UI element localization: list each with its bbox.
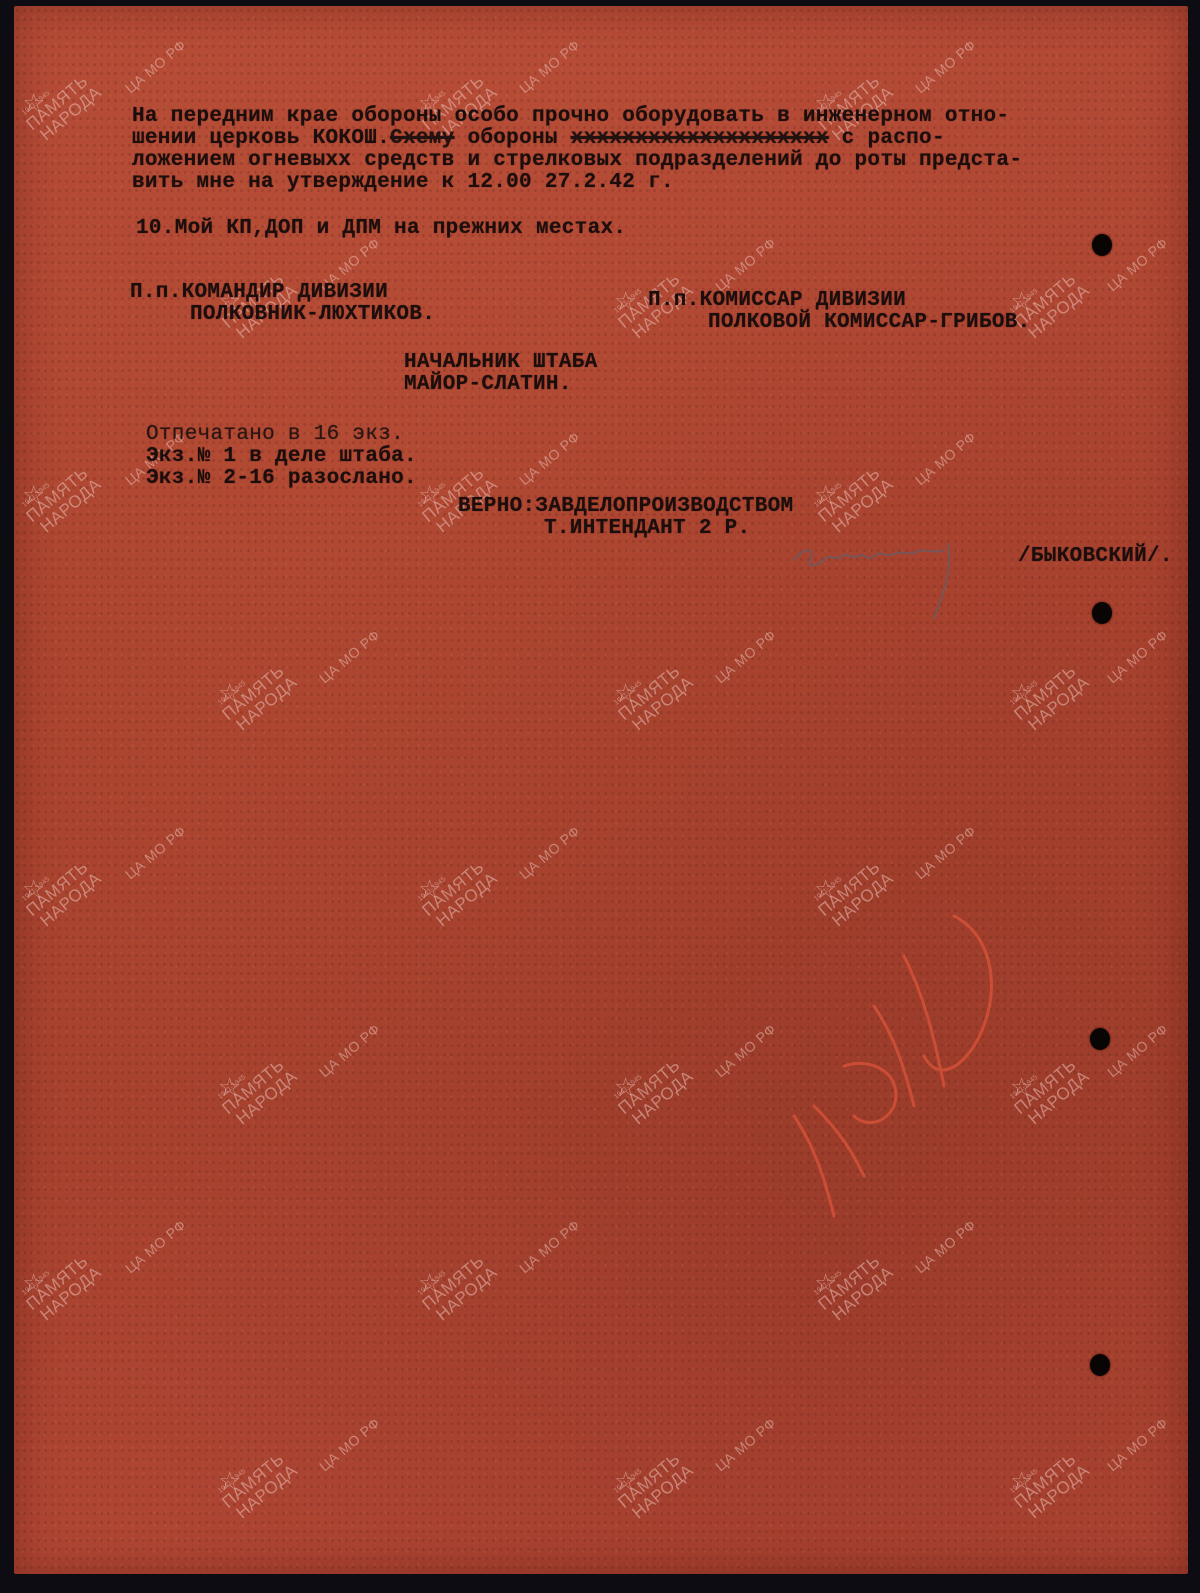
watermark-line-1: ПАМЯТЬ: [1011, 660, 1081, 723]
watermark-years: 1941-1945: [610, 1442, 674, 1498]
watermark-project: ☆1941-1945ПАМЯТЬНАРОДА: [414, 1270, 524, 1360]
watermark-years: 1941-1945: [214, 654, 278, 710]
watermark-years: 1941-1945: [18, 1244, 82, 1300]
watermark-line-2: НАРОДА: [626, 1067, 696, 1130]
watermark-line-2: НАРОДА: [1022, 281, 1092, 344]
paragraph-9-line-4: вить мне на утверждение к 12.00 27.2.42 …: [132, 172, 674, 194]
watermark-years: 1941-1945: [18, 64, 82, 120]
watermark-line-2: НАРОДА: [34, 1263, 104, 1326]
watermark-archive: ЦА МО РФ: [316, 1021, 383, 1081]
watermark-years: 1941-1945: [1006, 262, 1070, 318]
watermark-line-2: НАРОДА: [430, 1263, 500, 1326]
watermark-years: 1941-1945: [810, 456, 874, 512]
watermark-line-1: ПАМЯТЬ: [219, 1054, 289, 1117]
watermark-archive: ЦА МО РФ: [712, 235, 779, 295]
watermark-project: ☆1941-1945ПАМЯТЬНАРОДА: [810, 1270, 920, 1360]
watermark-archive: ЦА МО РФ: [1104, 627, 1171, 687]
paragraph-9-line-1: На передним крае обороны особо прочно об…: [132, 106, 1009, 128]
star-icon: ☆: [418, 1270, 441, 1296]
watermark-line-2: НАРОДА: [34, 869, 104, 932]
star-icon: ☆: [218, 1074, 241, 1100]
watermark-line-2: НАРОДА: [230, 673, 300, 736]
watermark-archive: ЦА МО РФ: [316, 627, 383, 687]
watermark-archive: ЦА МО РФ: [122, 823, 189, 883]
star-icon: ☆: [614, 1468, 637, 1494]
watermark-line-1: ПАМЯТЬ: [419, 1250, 489, 1313]
watermark-years: 1941-1945: [214, 1442, 278, 1498]
watermark-line-2: НАРОДА: [430, 869, 500, 932]
watermark-line-1: ПАМЯТЬ: [1011, 1448, 1081, 1511]
watermark-project: ☆1941-1945ПАМЯТЬНАРОДА: [1006, 1468, 1116, 1558]
distribution-line-1: Отпечатано в 16 экз.: [146, 424, 404, 446]
watermark-archive: ЦА МО РФ: [516, 429, 583, 489]
star-icon: ☆: [1010, 680, 1033, 706]
watermark-archive: ЦА МО РФ: [912, 37, 979, 97]
watermark-archive: ЦА МО РФ: [912, 429, 979, 489]
commissar-name: ПОЛКОВОЙ КОМИССАР-ГРИБОВ.: [708, 312, 1031, 334]
watermark-project: ☆1941-1945ПАМЯТЬНАРОДА: [610, 680, 720, 770]
watermark-line-2: НАРОДА: [826, 1263, 896, 1326]
watermark-years: 1941-1945: [414, 1244, 478, 1300]
punch-hole: [1092, 234, 1112, 256]
watermark-project: ☆1941-1945ПАМЯТЬНАРОДА: [1006, 680, 1116, 770]
paragraph-10: 10.Мой КП,ДОП и ДПМ на прежних местах.: [136, 218, 626, 240]
watermark-line-2: НАРОДА: [626, 673, 696, 736]
paragraph-9-line-3: ложением огневыхх средств и стрелковых п…: [132, 150, 1022, 172]
watermark-project: ☆1941-1945ПАМЯТЬНАРОДА: [18, 482, 128, 572]
watermark-years: 1941-1945: [18, 456, 82, 512]
watermark-line-1: ПАМЯТЬ: [615, 1054, 685, 1117]
watermark-project: ☆1941-1945ПАМЯТЬНАРОДА: [214, 680, 324, 770]
star-icon: ☆: [218, 1468, 241, 1494]
paragraph-9-line-2-b: обороны: [455, 127, 571, 150]
watermark-line-2: НАРОДА: [1022, 1461, 1092, 1524]
punch-hole: [1092, 602, 1112, 624]
star-icon: ☆: [418, 876, 441, 902]
watermark-line-1: ПАМЯТЬ: [815, 1250, 885, 1313]
commander-title: П.п.КОМАНДИР ДИВИЗИИ: [130, 282, 388, 304]
watermark-line-1: ПАМЯТЬ: [23, 462, 93, 525]
watermark-project: ☆1941-1945ПАМЯТЬНАРОДА: [18, 90, 128, 180]
watermark-project: ☆1941-1945ПАМЯТЬНАРОДА: [610, 1074, 720, 1164]
document-page: На передним крае обороны особо прочно об…: [14, 6, 1188, 1574]
watermark-line-2: НАРОДА: [34, 83, 104, 146]
watermark-line-1: ПАМЯТЬ: [615, 1448, 685, 1511]
star-icon: ☆: [614, 680, 637, 706]
chief-of-staff-name: МАЙОР-СЛАТИН.: [404, 374, 572, 396]
watermark-project: ☆1941-1945ПАМЯТЬНАРОДА: [18, 1270, 128, 1360]
watermark-line-2: НАРОДА: [230, 1067, 300, 1130]
star-icon: ☆: [22, 876, 45, 902]
star-icon: ☆: [1010, 1468, 1033, 1494]
punch-hole: [1090, 1028, 1110, 1050]
distribution-line-2: Экз.№ 1 в деле штаба.: [146, 446, 417, 468]
watermark-line-1: ПАМЯТЬ: [419, 856, 489, 919]
watermark-archive: ЦА МО РФ: [122, 1217, 189, 1277]
watermark-years: 1941-1945: [414, 850, 478, 906]
watermark-years: 1941-1945: [610, 1048, 674, 1104]
watermark-project: ☆1941-1945ПАМЯТЬНАРОДА: [214, 1468, 324, 1558]
watermark-line-1: ПАМЯТЬ: [23, 70, 93, 133]
watermark-archive: ЦА МО РФ: [1104, 1021, 1171, 1081]
watermark-archive: ЦА МО РФ: [516, 1217, 583, 1277]
watermark-archive: ЦА МО РФ: [316, 1415, 383, 1475]
star-icon: ☆: [418, 482, 441, 508]
watermark-line-2: НАРОДА: [34, 475, 104, 538]
watermark-years: 1941-1945: [810, 1244, 874, 1300]
watermark-years: 1941-1945: [1006, 654, 1070, 710]
watermark-archive: ЦА МО РФ: [712, 627, 779, 687]
star-icon: ☆: [614, 1074, 637, 1100]
paragraph-9-line-2: шении церковь КОКОШ.Схему обороны хххххх…: [132, 128, 945, 150]
struck-text-overtyped: хххххххххххххххххххх: [571, 128, 829, 150]
watermark-line-1: ПАМЯТЬ: [615, 660, 685, 723]
punch-hole: [1090, 1354, 1110, 1376]
red-handwritten-annotation: [754, 876, 1054, 1236]
watermark-years: 1941-1945: [610, 654, 674, 710]
watermark-line-1: ПАМЯТЬ: [815, 462, 885, 525]
watermark-archive: ЦА МО РФ: [122, 37, 189, 97]
watermark-line-2: НАРОДА: [626, 1461, 696, 1524]
certification-line-1: ВЕРНО:ЗАВДЕЛОПРОИЗВОДСТВОМ: [458, 496, 793, 518]
paragraph-9-line-2-a: шении церковь КОКОШ.: [132, 127, 390, 150]
star-icon: ☆: [22, 1270, 45, 1296]
struck-word-scheme: Схему: [390, 128, 455, 150]
watermark-line-2: НАРОДА: [1022, 673, 1092, 736]
star-icon: ☆: [814, 482, 837, 508]
watermark-project: ☆1941-1945ПАМЯТЬНАРОДА: [214, 1074, 324, 1164]
watermark-archive: ЦА МО РФ: [712, 1415, 779, 1475]
commander-name: ПОЛКОВНИК-ЛЮХТИКОВ.: [190, 304, 435, 326]
watermark-archive: ЦА МО РФ: [912, 823, 979, 883]
star-icon: ☆: [22, 90, 45, 116]
watermark-years: 1941-1945: [1006, 1442, 1070, 1498]
certification-line-2: Т.ИНТЕНДАНТ 2 Р.: [544, 518, 750, 540]
watermark-archive: ЦА МО РФ: [516, 823, 583, 883]
star-icon: ☆: [814, 1270, 837, 1296]
commissar-title: П.п.КОМИССАР ДИВИЗИИ: [648, 290, 906, 312]
watermark-project: ☆1941-1945ПАМЯТЬНАРОДА: [414, 876, 524, 966]
watermark-project: ☆1941-1945ПАМЯТЬНАРОДА: [610, 1468, 720, 1558]
watermark-line-2: НАРОДА: [230, 1461, 300, 1524]
watermark-archive: ЦА МО РФ: [516, 37, 583, 97]
certification-signer: /БЫКОВСКИЙ/.: [1018, 546, 1173, 568]
watermark-line-1: ПАМЯТЬ: [219, 660, 289, 723]
watermark-years: 1941-1945: [214, 1048, 278, 1104]
star-icon: ☆: [22, 482, 45, 508]
watermark-line-1: ПАМЯТЬ: [23, 856, 93, 919]
paragraph-9-line-2-c: с распо-: [829, 127, 945, 150]
watermark-line-1: ПАМЯТЬ: [219, 1448, 289, 1511]
star-icon: ☆: [218, 680, 241, 706]
star-icon: ☆: [614, 288, 637, 314]
watermark-archive: ЦА МО РФ: [1104, 1415, 1171, 1475]
chief-of-staff-title: НАЧАЛЬНИК ШТАБА: [404, 352, 598, 374]
watermark-archive: ЦА МО РФ: [1104, 235, 1171, 295]
watermark-line-1: ПАМЯТЬ: [23, 1250, 93, 1313]
handwritten-signature: [784, 526, 984, 626]
distribution-line-3: Экз.№ 2-16 разослано.: [146, 468, 417, 490]
watermark-project: ☆1941-1945ПАМЯТЬНАРОДА: [18, 876, 128, 966]
watermark-years: 1941-1945: [18, 850, 82, 906]
